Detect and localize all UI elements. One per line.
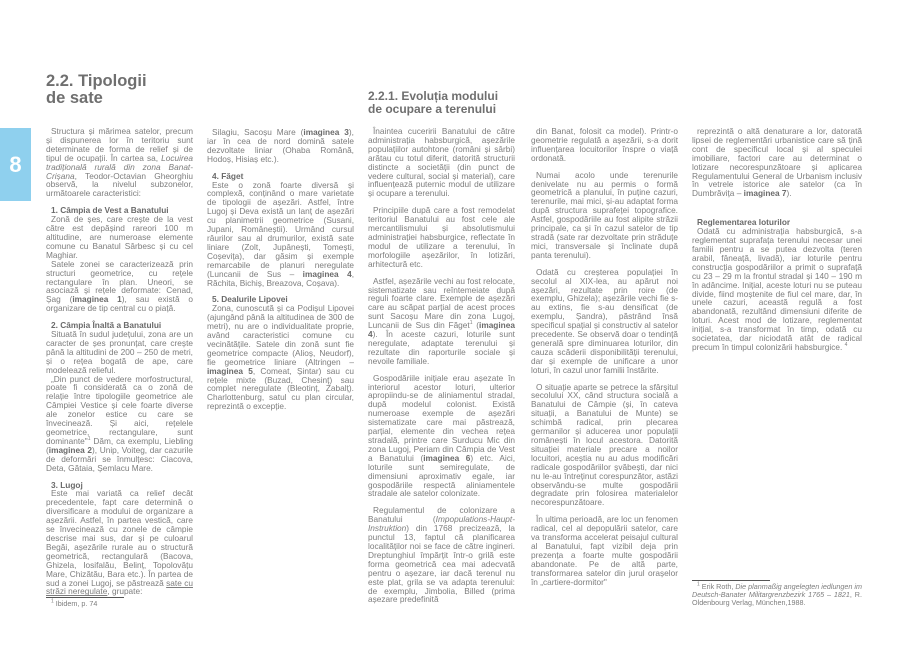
paragraph: O situație aparte se petrece la sfârșitu… — [531, 383, 678, 508]
paragraph: Înaintea cuceririi Banatului de către ad… — [368, 127, 515, 198]
footnote: 1 Erik Roth, Die planmaßig angelegten ie… — [692, 583, 862, 607]
paragraph: Odată cu administrația habsburgică, s-a … — [692, 227, 862, 352]
paragraph: Silagiu, Sacoșu Mare (imaginea 3), iar î… — [207, 128, 354, 164]
paragraph: Zonă de șes, care crește de la vest cătr… — [46, 215, 193, 260]
footnote-divider — [692, 580, 770, 581]
paragraph: Este o zonă foarte diversă și complexă, … — [207, 181, 354, 288]
paragraph: Odată cu creșterea populației în secolul… — [531, 268, 678, 375]
paragraph: din Banat, folosit ca model). Printr-o g… — [531, 127, 678, 163]
text-column-5: reprezintă o altă denaturare a lor, dato… — [692, 127, 862, 360]
paragraph: Este mai variată ca relief decât precede… — [46, 489, 193, 596]
text-column-2: Silagiu, Sacoșu Mare (imaginea 3), iar î… — [207, 128, 354, 419]
paragraph: Situată în sudul județului, zona are un … — [46, 330, 193, 375]
paragraph: reprezintă o altă denaturare a lor, dato… — [692, 127, 862, 198]
paragraph: Regulamentul de colonizare a Banatului (… — [368, 506, 515, 604]
paragraph: Gospodăriile inițiale erau așezate în in… — [368, 374, 515, 499]
paragraph: Numai acolo unde terenurile denivelate n… — [531, 171, 678, 260]
text-column-1: Structura și mărimea satelor, precum și … — [46, 127, 193, 608]
paragraph: Astfel, așezările vechi au fost relocate… — [368, 277, 515, 366]
text-column-3: Înaintea cuceririi Banatului de către ad… — [368, 127, 515, 612]
paragraph: În ultima perioadă, are loc un fenomen r… — [531, 515, 678, 586]
paragraph: Satele zonei se caracterizează prin stru… — [46, 260, 193, 313]
subsection-title: 2.2.1. Evoluția modului de ocupare a ter… — [368, 90, 498, 116]
footnote: 1 Ibidem, p. 74 — [46, 600, 193, 608]
page-number-tab: 8 — [0, 128, 31, 201]
paragraph: „Din punct de vedere morfostructural, po… — [46, 375, 193, 473]
paragraph: Principiile după care a fost remodelat t… — [368, 206, 515, 268]
text-column-4: din Banat, folosit ca model). Printr-o g… — [531, 127, 678, 595]
section-title: 2.2. Tipologii de sate — [46, 73, 147, 107]
page-number: 8 — [9, 152, 21, 178]
intro-paragraph: Structura și mărimea satelor, precum și … — [46, 127, 193, 198]
paragraph: Zona, cunoscută și ca Podișul Lipovei (a… — [207, 304, 354, 411]
footnote-block: 1 Erik Roth, Die planmaßig angelegten ie… — [692, 579, 862, 607]
